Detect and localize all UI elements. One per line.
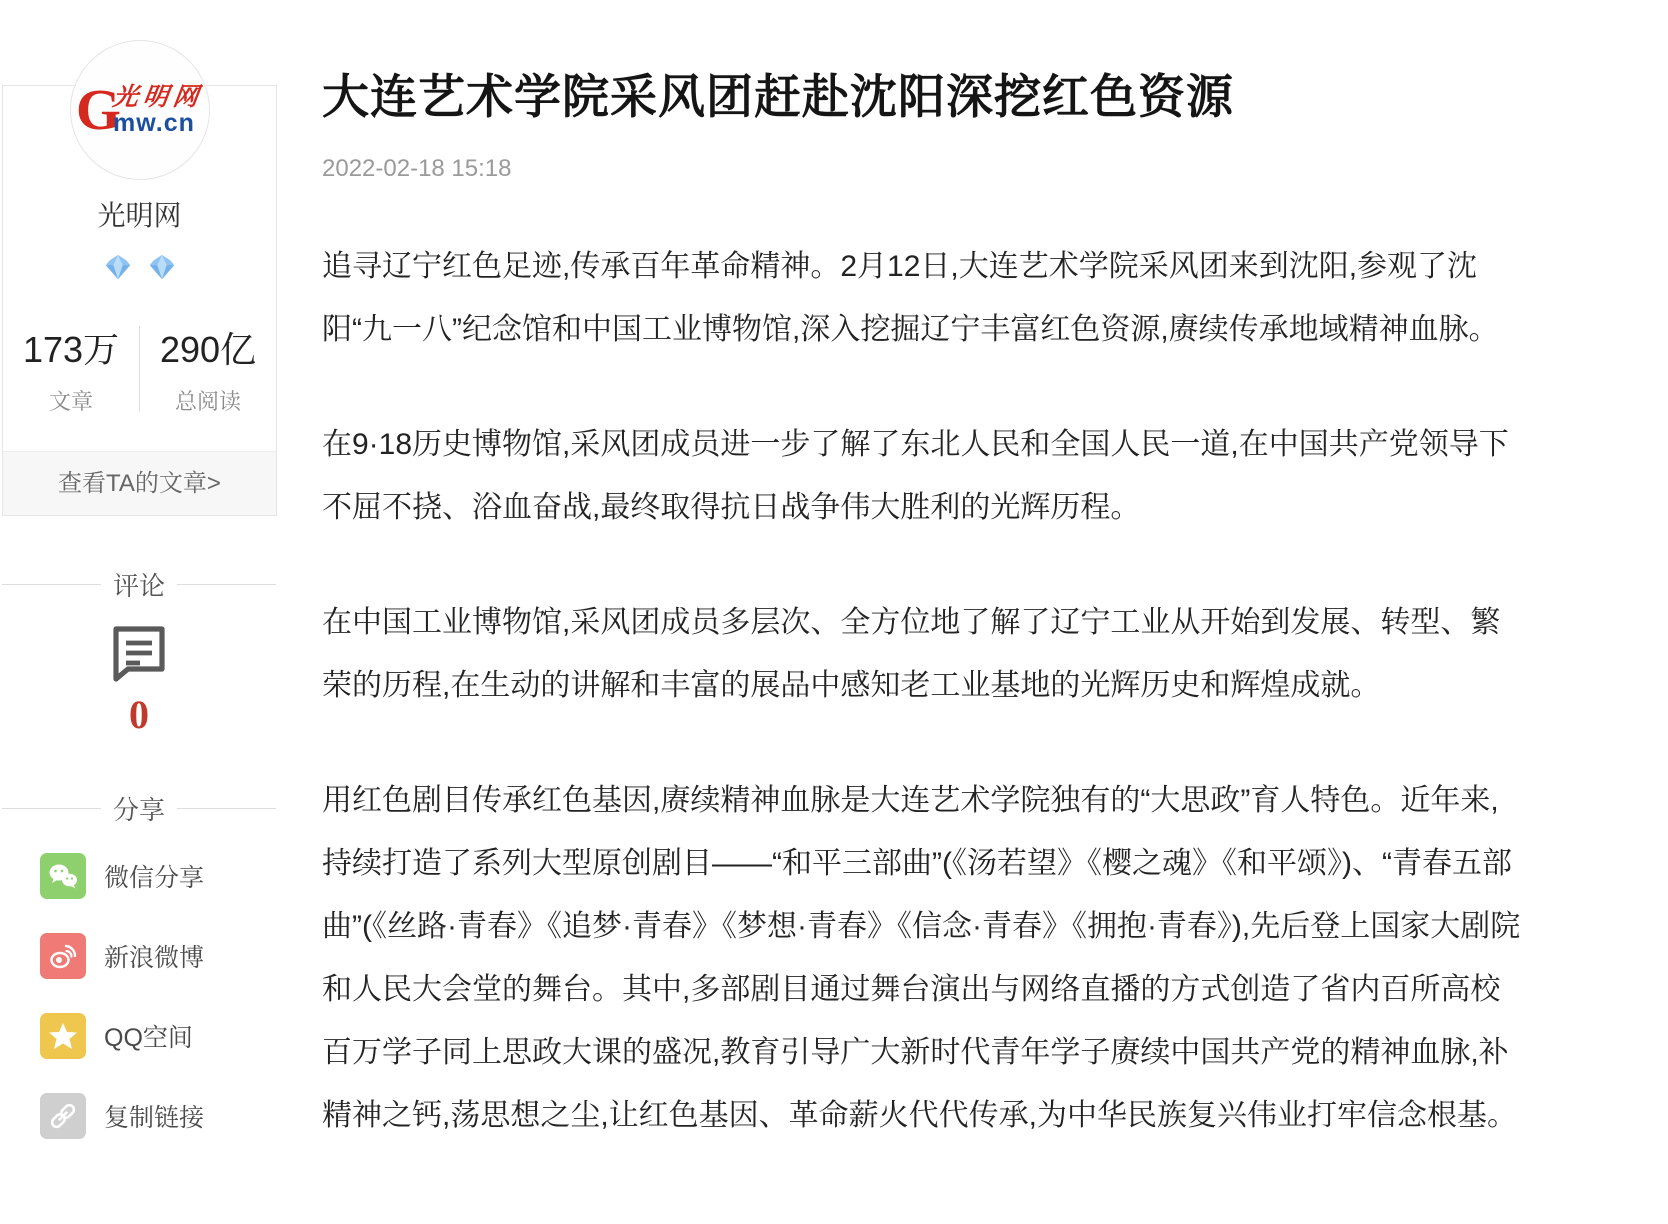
sidebar: G 光明网 mw.cn 光明网 xyxy=(0,0,278,1224)
publisher-stats: 173万 文章 290亿 总阅读 xyxy=(3,322,276,416)
publisher-name: 光明网 xyxy=(3,194,276,234)
share-section-title: 分享 xyxy=(0,790,278,827)
logo-script-text: 光明网 xyxy=(111,84,205,112)
view-publisher-articles-link[interactable]: 查看TA的文章> xyxy=(3,451,276,515)
article-date: 2022-02-18 15:18 xyxy=(322,155,1522,183)
share-item-label: 新浪微博 xyxy=(104,938,204,974)
article-paragraph: 追寻辽宁红色足迹,传承百年革命精神。2月12日,大连艺术学院采风团来到沈阳,参观… xyxy=(322,235,1522,361)
comment-bubble-icon[interactable] xyxy=(106,621,172,685)
article-main: 大连艺术学院采风团赶赴沈阳深挖红色资源 2022-02-18 15:18 追寻辽… xyxy=(322,0,1522,1147)
diamond-badge-icon xyxy=(147,252,177,282)
publisher-avatar[interactable]: G 光明网 mw.cn xyxy=(70,40,210,180)
share-item-qzone[interactable]: QQ空间 xyxy=(40,1013,278,1059)
share-section: 分享 xyxy=(0,790,278,1173)
stat-total-reads: 290亿 总阅读 xyxy=(140,322,276,416)
article-page: G 光明网 mw.cn 光明网 xyxy=(0,0,1668,1224)
share-item-label: QQ空间 xyxy=(104,1018,193,1054)
comment-count: 0 xyxy=(0,691,278,738)
publisher-card: G 光明网 mw.cn 光明网 xyxy=(2,85,277,516)
link-icon xyxy=(40,1093,86,1139)
share-item-wechat[interactable]: 微信分享 xyxy=(40,853,278,899)
article-paragraph: 在9·18历史博物馆,采风团成员进一步了解了东北人民和全国人民一道,在中国共产党… xyxy=(322,413,1522,539)
share-list: 微信分享 新浪微博 xyxy=(0,853,278,1139)
qzone-star-icon xyxy=(40,1013,86,1059)
comments-section-title: 评论 xyxy=(0,566,278,603)
article-paragraph: 用红色剧目传承红色基因,赓续精神血脉是大连艺术学院独有的“大思政”育人特色。近年… xyxy=(322,769,1522,1147)
share-item-weibo[interactable]: 新浪微博 xyxy=(40,933,278,979)
comments-section: 评论 0 xyxy=(0,566,278,738)
share-item-label: 复制链接 xyxy=(104,1098,204,1134)
gmw-logo: G 光明网 mw.cn xyxy=(76,84,203,136)
article-paragraph: 在中国工业博物馆,采风团成员多层次、全方位地了解了辽宁工业从开始到发展、转型、繁… xyxy=(322,591,1522,717)
stat-total-reads-value: 290亿 xyxy=(140,322,276,373)
wechat-icon xyxy=(40,853,86,899)
diamond-badge-icon xyxy=(103,252,133,282)
stat-articles: 173万 文章 xyxy=(3,322,139,416)
logo-domain-text: mw.cn xyxy=(113,111,195,136)
stat-articles-value: 173万 xyxy=(3,322,139,373)
stat-articles-label: 文章 xyxy=(3,385,139,416)
share-item-copy-link[interactable]: 复制链接 xyxy=(40,1093,278,1139)
share-item-label: 微信分享 xyxy=(104,858,204,894)
article-title: 大连艺术学院采风团赶赴沈阳深挖红色资源 xyxy=(322,66,1522,127)
stat-total-reads-label: 总阅读 xyxy=(140,385,276,416)
publisher-badges xyxy=(3,252,276,282)
weibo-icon xyxy=(40,933,86,979)
